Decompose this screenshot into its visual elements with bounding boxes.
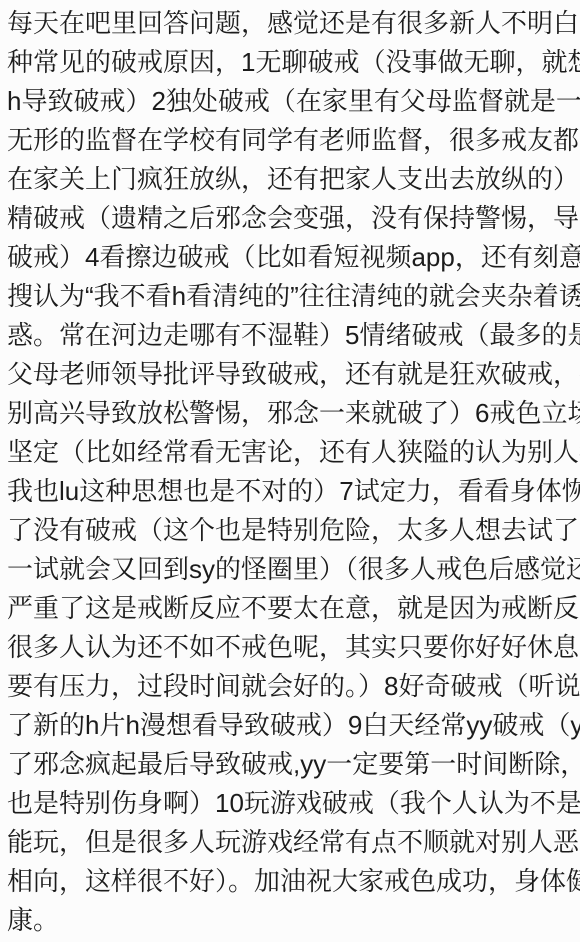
text-line: 我也lu这种思想也是不对的）7试定力，看看身体恢复 bbox=[7, 472, 574, 511]
text-line: 精破戒（遗精之后邪念会变强，没有保持警惕，导致 bbox=[7, 199, 574, 238]
text-line: 相向，这样很不好）。加油祝大家戒色成功，身体健 bbox=[7, 862, 574, 901]
text-line: 父母老师领导批评导致破戒，还有就是狂欢破戒，特 bbox=[7, 355, 574, 394]
text-line: 很多人认为还不如不戒色呢，其实只要你好好休息不 bbox=[7, 628, 574, 667]
text-line: 种常见的破戒原因，1无聊破戒（没事做无聊，就想看 bbox=[7, 43, 574, 82]
text-line: 搜认为“我不看h看清纯的”往往清纯的就会夹杂着诱 bbox=[7, 277, 574, 316]
text-line: 了没有破戒（这个也是特别危险，太多人想去试了， bbox=[7, 511, 574, 550]
text-line: 别高兴导致放松警惕，邪念一来就破了）6戒色立场不 bbox=[7, 394, 574, 433]
text-line: 也是特别伤身啊）10玩游戏破戒（我个人认为不是不 bbox=[7, 784, 574, 823]
text-line: 能玩，但是很多人玩游戏经常有点不顺就对别人恶言 bbox=[7, 823, 574, 862]
text-line: 无形的监督在学校有同学有老师监督，很多戒友都是 bbox=[7, 121, 574, 160]
text-line: 了新的h片h漫想看导致破戒）9白天经常yy破戒（yy多 bbox=[7, 706, 574, 745]
text-line: 坚定（比如经常看无害论，还有人狭隘的认为别人都lu bbox=[7, 433, 574, 472]
text-line: 惑。常在河边走哪有不湿鞋）5情绪破戒（最多的是被 bbox=[7, 316, 574, 355]
text-line: 康。 bbox=[7, 901, 574, 940]
text-line: 破戒）4看擦边破戒（比如看短视频app，还有刻意去 bbox=[7, 238, 574, 277]
text-line: 一试就会又回到sy的怪圈里）（很多人戒色后感觉还 bbox=[7, 550, 574, 589]
text-line: h导致破戒）2独处破戒（在家里有父母监督就是一种 bbox=[7, 82, 574, 121]
post-body-text: 每天在吧里回答问题，感觉还是有很多新人不明白几种常见的破戒原因，1无聊破戒（没事… bbox=[0, 0, 580, 940]
text-line: 严重了这是戒断反应不要太在意，就是因为戒断反应 bbox=[7, 589, 574, 628]
text-line: 每天在吧里回答问题，感觉还是有很多新人不明白几 bbox=[7, 4, 574, 43]
text-line: 在家关上门疯狂放纵，还有把家人支出去放纵的）3遗 bbox=[7, 160, 574, 199]
text-line: 要有压力，过段时间就会好的。）8好奇破戒（听说出 bbox=[7, 667, 574, 706]
text-line: 了邪念疯起最后导致破戒,yy一定要第一时间断除，yy bbox=[7, 745, 574, 784]
